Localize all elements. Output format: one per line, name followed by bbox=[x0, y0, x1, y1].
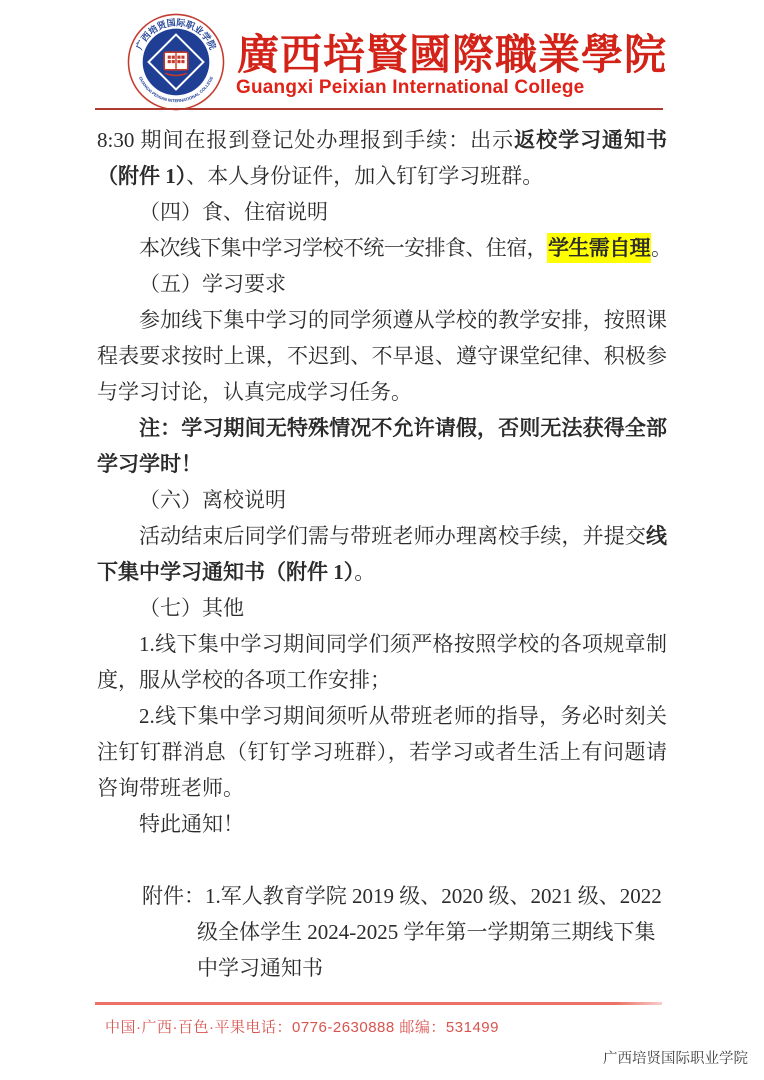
body-line: 特此通知！ bbox=[97, 806, 667, 842]
text-segment: （四）食、住宿说明 bbox=[139, 200, 328, 224]
footer-divider bbox=[95, 1002, 662, 1005]
body-line: 程表要求按时上课，不迟到、不早退、遵守课堂纪律、积极参 bbox=[97, 338, 667, 374]
emphasis-text: （附件 1） bbox=[97, 164, 186, 188]
body-line: 注钉钉群消息（钉钉学习班群），若学习或者生活上有问题请 bbox=[97, 734, 667, 770]
section-heading-line: （四）食、住宿说明 bbox=[97, 194, 667, 230]
emphasis-text: 线 bbox=[646, 524, 667, 548]
text-segment: 度，服从学校的各项工作安排； bbox=[97, 668, 391, 692]
text-segment: 8:30 期间在报到登记处办理报到手续：出示 bbox=[97, 128, 514, 152]
text-segment: 特此通知！ bbox=[139, 812, 244, 836]
body-line: 活动结束后同学们需与带班老师办理离校手续，并提交线 bbox=[97, 518, 667, 554]
body-line: （附件 1）、本人身份证件，加入钉钉学习班群。 bbox=[97, 158, 667, 194]
blank-line bbox=[97, 842, 667, 878]
text-segment: 与学习讨论，认真完成学习任务。 bbox=[97, 380, 412, 404]
body-line: 咨询带班老师。 bbox=[97, 770, 667, 806]
body-line: 2.线下集中学习期间须听从带班老师的指导，务必时刻关 bbox=[97, 698, 667, 734]
body-line: 1.线下集中学习期间同学们须严格按照学校的各项规章制 bbox=[97, 626, 667, 662]
body-line: 与学习讨论，认真完成学习任务。 bbox=[97, 374, 667, 410]
emphasis-text: 返校学习通知书 bbox=[514, 128, 667, 152]
body-line: 度，服从学校的各项工作安排； bbox=[97, 662, 667, 698]
text-segment: 附件：1.军人教育学院 2019 级、2020 级、2021 级、2022 bbox=[142, 884, 662, 908]
text-segment: 本次线下集中学习学校不统一安排食、住宿， bbox=[139, 236, 547, 260]
section-heading-line: （六）离校说明 bbox=[97, 482, 667, 518]
text-segment: 咨询带班老师。 bbox=[97, 776, 244, 800]
attachment-line: 附件：1.军人教育学院 2019 级、2020 级、2021 级、2022 bbox=[142, 878, 667, 914]
text-segment: 。 bbox=[651, 236, 671, 260]
text-segment: 2.线下集中学习期间须听从带班老师的指导，务必时刻关 bbox=[139, 704, 667, 728]
text-segment: 1.线下集中学习期间同学们须严格按照学校的各项规章制 bbox=[139, 632, 667, 656]
text-segment: （七）其他 bbox=[139, 596, 244, 620]
section-heading-line: （五）学习要求 bbox=[97, 266, 667, 302]
text-segment: 参加线下集中学习的同学须遵从学校的教学安排，按照课 bbox=[139, 308, 667, 332]
watermark-text: 广西培贤国际职业学院 bbox=[603, 1047, 748, 1068]
text-segment: （五）学习要求 bbox=[139, 272, 286, 296]
attachment-line: 中学习通知书 bbox=[197, 950, 667, 986]
text-segment: 。 bbox=[354, 560, 375, 584]
text-segment: 、本人身份证件，加入钉钉学习班群。 bbox=[186, 164, 543, 188]
text-segment: 级全体学生 2024-2025 学年第一学期第三期线下集 bbox=[197, 920, 656, 944]
document-page: 广西培贤国际职业学院 GUANGXI PEIXIAN INTERNATIONAL… bbox=[0, 0, 764, 1080]
text-segment: 中学习通知书 bbox=[197, 956, 323, 980]
body-line: 参加线下集中学习的同学须遵从学校的教学安排，按照课 bbox=[97, 302, 667, 338]
text-segment: 注钉钉群消息（钉钉学习班群），若学习或者生活上有问题请 bbox=[97, 740, 667, 764]
note-line: 学习学时！ bbox=[97, 446, 667, 482]
emphasis-text: 注：学习期间无特殊情况不允许请假，否则无法获得全部 bbox=[139, 416, 667, 440]
body-line: 本次线下集中学习学校不统一安排食、住宿，学生需自理。 bbox=[97, 230, 667, 266]
document-body: 8:30 期间在报到登记处办理报到手续：出示返校学习通知书 （附件 1）、本人身… bbox=[97, 122, 667, 986]
college-name-zh: 廣西培賢國際職業學院 bbox=[237, 22, 667, 76]
text-segment: 活动结束后同学们需与带班老师办理离校手续，并提交 bbox=[139, 524, 646, 548]
body-line: 8:30 期间在报到登记处办理报到手续：出示返校学习通知书 bbox=[97, 122, 667, 158]
emphasis-text: 学习学时！ bbox=[97, 452, 202, 476]
text-segment: 程表要求按时上课，不迟到、不早退、遵守课堂纪律、积极参 bbox=[97, 344, 667, 368]
note-line: 注：学习期间无特殊情况不允许请假，否则无法获得全部 bbox=[97, 410, 667, 446]
attachment-line: 级全体学生 2024-2025 学年第一学期第三期线下集 bbox=[197, 914, 667, 950]
body-line: 下集中学习通知书（附件 1）。 bbox=[97, 554, 667, 590]
highlighted-text: 学生需自理 bbox=[547, 233, 651, 263]
text-segment: （六）离校说明 bbox=[139, 488, 286, 512]
college-logo: 广西培贤国际职业学院 GUANGXI PEIXIAN INTERNATIONAL… bbox=[127, 13, 225, 111]
header-divider bbox=[95, 108, 663, 110]
emphasis-text: 下集中学习通知书（附件 1） bbox=[97, 560, 354, 584]
footer-contact-info: 中国·广西·百色·平果电话：0776-2630888 邮编：531499 bbox=[105, 1016, 499, 1037]
college-name-en: Guangxi Peixian International College bbox=[236, 77, 656, 99]
section-heading-line: （七）其他 bbox=[97, 590, 667, 626]
